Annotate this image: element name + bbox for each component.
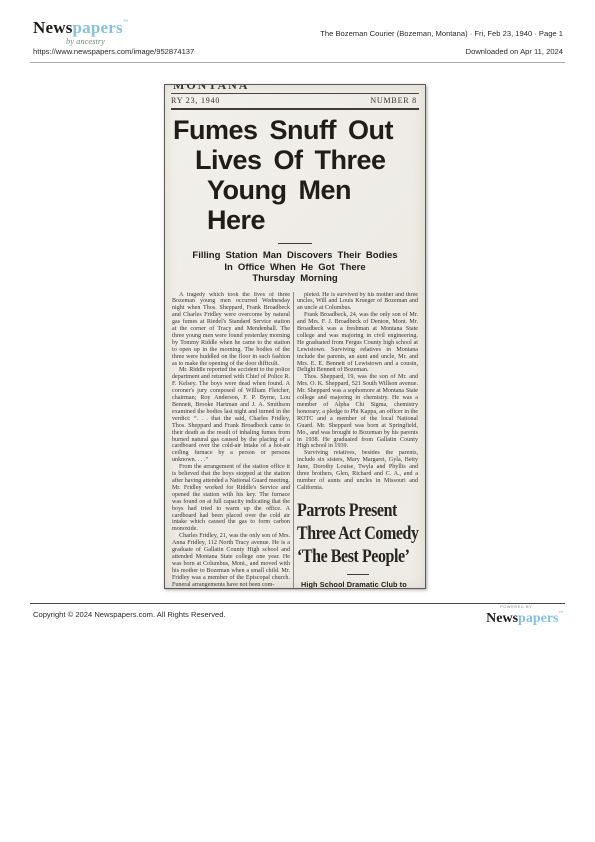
trademark-symbol: ™ — [123, 20, 128, 25]
masthead-fragment: MONTANA — [171, 85, 419, 93]
footer-trademark-symbol: ™ — [559, 610, 564, 615]
paragraph: Frank Broadbeck, 24, was the only son of… — [297, 312, 418, 374]
footer-logo-brand: Newspapers™ — [486, 611, 563, 626]
copyright-text: Copyright © 2024 Newspapers.com. All Rig… — [33, 610, 226, 619]
headline-line-2: Lives Of Three — [195, 145, 419, 175]
subheadline: Filling Station Man Discovers Their Bodi… — [171, 250, 419, 285]
second-headline-divider — [347, 574, 369, 575]
second-headline-line-1: Parrots Present — [297, 499, 399, 522]
right-column: pleted. He is survived by his mother and… — [297, 292, 418, 590]
paragraph: Charles Fridley, 21, was the only son of… — [172, 533, 290, 588]
footer-divider — [30, 603, 565, 604]
footer-newspapers-logo: POWERED BY Newspapers™ — [486, 604, 563, 627]
article-body: A tragedy which took the lives of three … — [171, 292, 419, 590]
image-url: https://www.newspapers.com/image/9528741… — [33, 47, 194, 56]
newspapers-logo-news: News — [33, 18, 73, 37]
dateline-number: NUMBER 8 — [370, 96, 417, 105]
subhead-line-2: In Office When He Got There — [171, 262, 419, 274]
source-citation: The Bozeman Courier (Bozeman, Montana) ·… — [320, 29, 563, 38]
second-headline-line-3: ‘The Best People’ — [297, 545, 399, 568]
headline-divider — [278, 243, 312, 244]
headline-line-1: Fumes Snuff Out — [173, 115, 419, 145]
second-headline-line-2: Three Act Comedy — [297, 522, 399, 545]
paragraph: pleted. He is survived by his mother and… — [297, 292, 418, 313]
left-column: A tragedy which took the lives of three … — [172, 292, 290, 590]
headline-line-3: Young Men Here — [207, 175, 419, 235]
footer-logo-news: News — [486, 611, 518, 626]
powered-by-label: POWERED BY — [500, 604, 563, 609]
ancestry-tagline: by ancestry — [66, 36, 105, 46]
newspapers-logo: Newspapers™ — [33, 18, 128, 38]
second-article-headline: Parrots Present Three Act Comedy ‘The Be… — [297, 499, 418, 568]
subhead-line-3: Thursday Morning — [171, 273, 419, 285]
main-headline: Fumes Snuff Out Lives Of Three Young Men… — [171, 115, 419, 235]
dateline-rule-bottom — [171, 108, 419, 110]
dateline: RY 23, 1940 NUMBER 8 — [171, 94, 419, 108]
second-article-subhead: High School Dramatic Club to Stage Matin… — [297, 580, 418, 589]
second-subhead-line-1: High School Dramatic Club to — [301, 580, 418, 589]
dateline-date: RY 23, 1940 — [171, 96, 220, 105]
column-divider — [293, 292, 294, 590]
paragraph: A tragedy which took the lives of three … — [172, 292, 290, 368]
newspapers-logo-papers: papers — [73, 18, 123, 37]
paragraph: From the arrangement of the station offi… — [172, 464, 290, 533]
newspaper-clipping: MONTANA RY 23, 1940 NUMBER 8 Fumes Snuff… — [164, 84, 426, 589]
header-divider — [30, 62, 565, 63]
download-date: Downloaded on Apr 11, 2024 — [466, 47, 563, 56]
paragraph: Thos. Sheppard, 19, was the son of Mr. a… — [297, 374, 418, 450]
paragraph: Mr. Riddle reported the accident to the … — [172, 367, 290, 464]
paragraph: Surviving relatives, besides the parents… — [297, 450, 418, 491]
subhead-line-1: Filling Station Man Discovers Their Bodi… — [171, 250, 419, 262]
footer-logo-papers: papers — [518, 611, 558, 626]
